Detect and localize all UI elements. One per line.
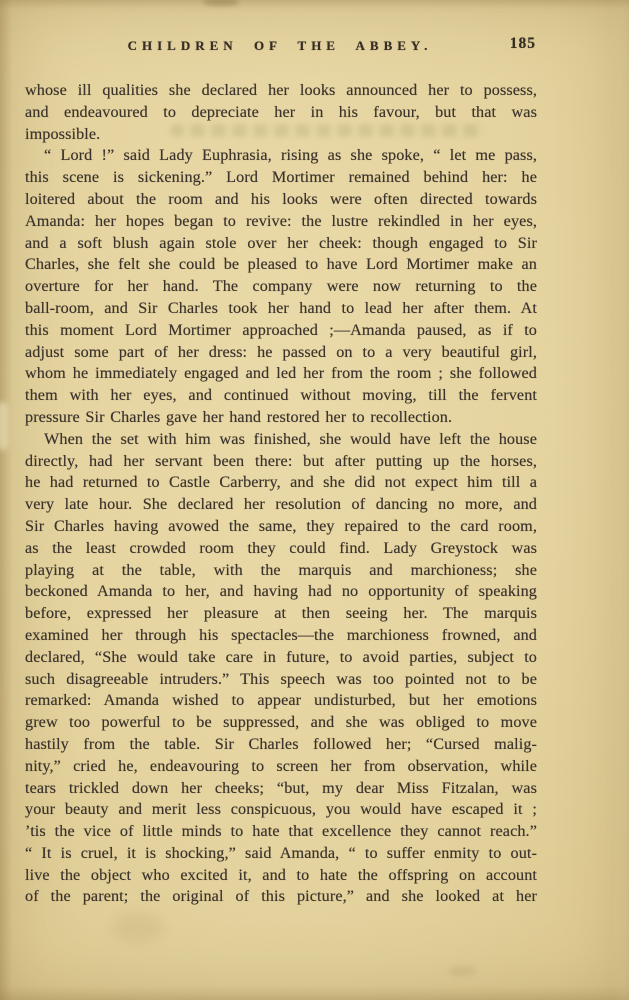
text-line: declared, “She would take care in future… [25,647,537,669]
scan-smudge-bottom-left [112,912,164,942]
text-line: this moment Lord Mortimer approached ;—A… [25,320,537,342]
page-text: whose ill qualities she declared her loo… [25,80,537,908]
text-line: your beauty and merit less conspicuous, … [25,799,537,821]
text-line: directly, had her servant been there: bu… [25,451,537,473]
text-line: such disagreeable intruders.” This speec… [25,669,537,691]
text-line: before, expressed her pleasure at then s… [25,603,537,625]
text-line: playing at the table, with the marquis a… [25,560,537,582]
text-line: remarked: Amanda wished to appear undist… [25,690,537,712]
text-line: “ It is cruel, it is shocking,” said Ama… [25,843,537,865]
running-header: CHILDREN OF THE ABBEY. 185 [25,38,535,56]
running-header-title: CHILDREN OF THE ABBEY. [25,38,535,54]
text-line: this scene is sickening.” Lord Mortimer … [25,167,537,189]
page-number: 185 [510,35,536,53]
text-line: he had returned to Castle Carberry, and … [25,472,537,494]
text-line: tears trickled down her cheeks; “but, my… [25,778,537,800]
text-line: nity,” cried he, endeavouring to screen … [25,756,537,778]
text-line: of the parent; the original of this pict… [25,886,537,908]
text-line: adjust some part of her dress: he passed… [25,342,537,364]
text-line: ball-room, and Sir Charles took her hand… [25,298,537,320]
text-line: very late hour. She declared her resolut… [25,494,537,516]
text-line: impossible. [25,124,537,146]
text-line: hastily from the table. Sir Charles foll… [25,734,537,756]
text-line: grew too powerful to be suppressed, and … [25,712,537,734]
text-line: and endeavoured to depreciate her in his… [25,102,537,124]
text-line: and a soft blush again stole over her ch… [25,233,537,255]
text-line: Sir Charles having avowed the same, they… [25,516,537,538]
text-line: overture for her hand. The company were … [25,276,537,298]
text-line: them with her eyes, and continued withou… [25,385,537,407]
text-line: examined her through his spectacles—the … [25,625,537,647]
text-line: ’tis the vice of little minds to hate th… [25,821,537,843]
text-line: live the object who excited it, and to h… [25,865,537,887]
text-line: whom he immediately engaged and led her … [25,363,537,385]
text-line: When the set with him was finished, she … [25,429,537,451]
scan-smudge-bottom [448,966,476,976]
book-page-scan: CHILDREN OF THE ABBEY. 185 whose ill qua… [0,0,629,1000]
text-line: as the least crowded room they could fin… [25,538,537,560]
text-line: beckoned Amanda to her, and having had n… [25,581,537,603]
text-line: loitered about the room and his looks we… [25,189,537,211]
text-line: Amanda: her hopes began to revive: the l… [25,211,537,233]
text-line: pressure Sir Charles gave her hand resto… [25,407,537,429]
text-line: whose ill qualities she declared her loo… [25,80,537,102]
text-line: “ Lord !” said Lady Euphrasia, rising as… [25,145,537,167]
text-line: Charles, she felt she could be pleased t… [25,254,537,276]
scan-smudge-top [203,0,239,6]
page-edge-notch [0,402,8,450]
